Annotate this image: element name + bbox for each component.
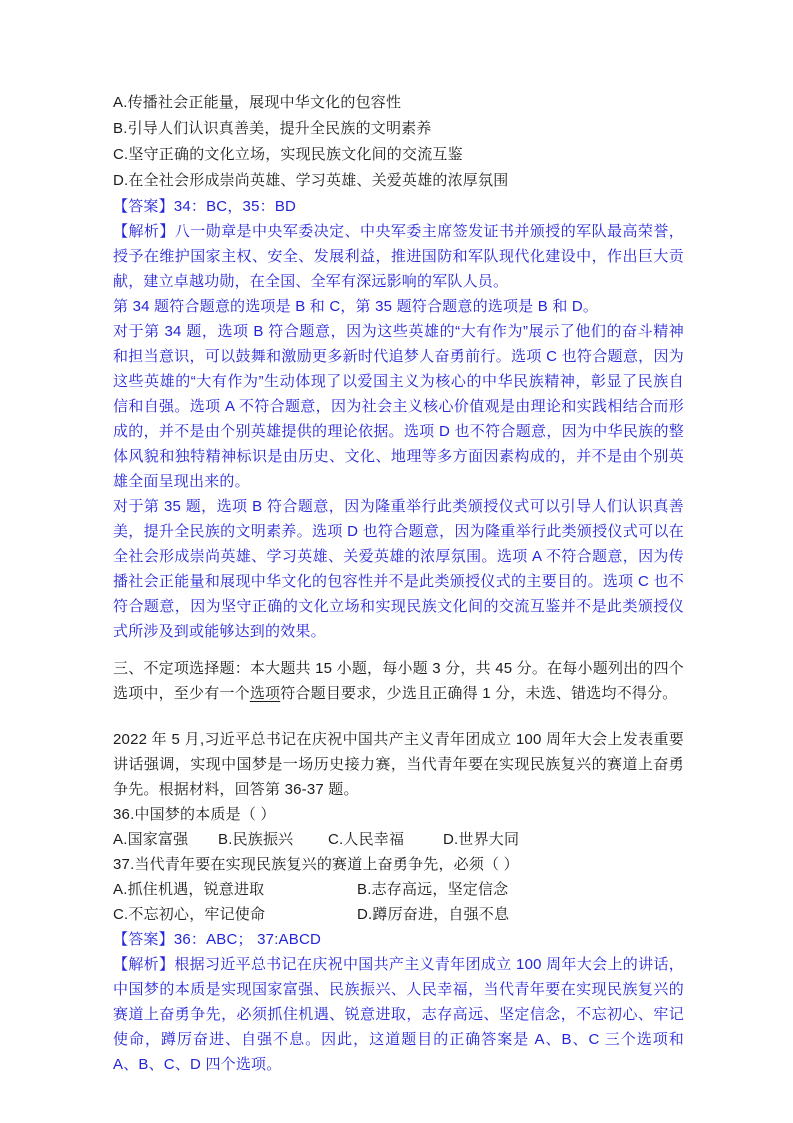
- q3435-analysis-p2: 第 34 题符合题意的选项是 B 和 C，第 35 题符合题意的选项是 B 和 …: [113, 294, 684, 319]
- answer-label: 【答案】: [113, 931, 174, 948]
- q37-stem: 37.当代青年要在实现民族复兴的赛道上奋勇争先，必须（ ）: [113, 852, 684, 877]
- q3435-option-a: A.传播社会正能量，展现中华文化的包容性: [113, 90, 684, 116]
- q3637-answer-line: 【答案】36：ABC； 37:ABCD: [113, 927, 684, 952]
- q37-option-a: A.抓住机遇，锐意进取: [113, 877, 357, 902]
- q37-option-d: D.蹲厉奋进，自强不息: [357, 902, 509, 927]
- answer-label: 【答案】: [113, 198, 174, 215]
- q37-options-row2: C.不忘初心，牢记使命 D.蹲厉奋进，自强不息: [113, 902, 684, 927]
- q3637-answer-value: 36：ABC； 37:ABCD: [174, 931, 321, 948]
- section3-underlined-word: 选项: [250, 685, 280, 702]
- q36-options-row: A.国家富强 B.民族振兴 C.人民幸福 D.世界大同: [113, 827, 684, 852]
- q36-option-a: A.国家富强: [113, 827, 218, 852]
- q3435-analysis-p1: 【解析】八一勋章是中央军委决定、中央军委主席签发证书并颁授的军队最高荣誉，授予在…: [113, 219, 684, 294]
- document-page: A.传播社会正能量，展现中华文化的包容性 B.引导人们认识真善美，提升全民族的文…: [113, 90, 684, 1077]
- q37-option-b: B.志存高远，坚定信念: [357, 877, 508, 902]
- q36-option-c: C.人民幸福: [328, 827, 443, 852]
- q3637-analysis: 【解析】根据习近平总书记在庆祝中国共产主义青年团成立 100 周年大会上的讲话，…: [113, 952, 684, 1077]
- blank-line: [113, 644, 684, 656]
- analysis-label: 【解析】: [113, 956, 174, 973]
- blank-line: [113, 706, 684, 727]
- q3637-analysis-text: 根据习近平总书记在庆祝中国共产主义青年团成立 100 周年大会上的讲话，中国梦的…: [113, 956, 684, 1073]
- q3435-analysis-p3: 对于第 34 题，选项 B 符合题意，因为这些英雄的“大有作为”展示了他们的奋斗…: [113, 319, 684, 494]
- q36-option-d: D.世界大同: [443, 827, 519, 852]
- q3435-option-b: B.引导人们认识真善美，提升全民族的文明素养: [113, 116, 684, 142]
- q3435-analysis-p4: 对于第 35 题，选项 B 符合题意，因为隆重举行此类颁授仪式可以引导人们认识真…: [113, 494, 684, 644]
- q36-option-b: B.民族振兴: [218, 827, 328, 852]
- q37-option-c: C.不忘初心，牢记使命: [113, 902, 357, 927]
- q3435-analysis-p1-text: 八一勋章是中央军委决定、中央军委主席签发证书并颁授的军队最高荣誉，授予在维护国家…: [113, 223, 684, 290]
- section3-heading: 三、不定项选择题：本大题共 15 小题，每小题 3 分，共 45 分。在每小题列…: [113, 656, 684, 706]
- q3435-option-c: C.坚守正确的文化立场，实现民族文化间的交流互鉴: [113, 142, 684, 168]
- analysis-label: 【解析】: [113, 223, 175, 240]
- q36-stem: 36.中国梦的本质是（ ）: [113, 802, 684, 827]
- section3-heading-part2: 符合题目要求，少选且正确得 1 分，未选、错选均不得分。: [280, 685, 677, 702]
- q3435-answer-value: 34：BC，35：BD: [174, 198, 296, 215]
- q3637-intro: 2022 年 5 月,习近平总书记在庆祝中国共产主义青年团成立 100 周年大会…: [113, 727, 684, 802]
- q3435-option-d: D.在全社会形成崇尚英雄、学习英雄、关爱英雄的浓厚氛围: [113, 168, 684, 194]
- q3435-answer-line: 【答案】34：BC，35：BD: [113, 194, 684, 219]
- q37-options-row1: A.抓住机遇，锐意进取 B.志存高远，坚定信念: [113, 877, 684, 902]
